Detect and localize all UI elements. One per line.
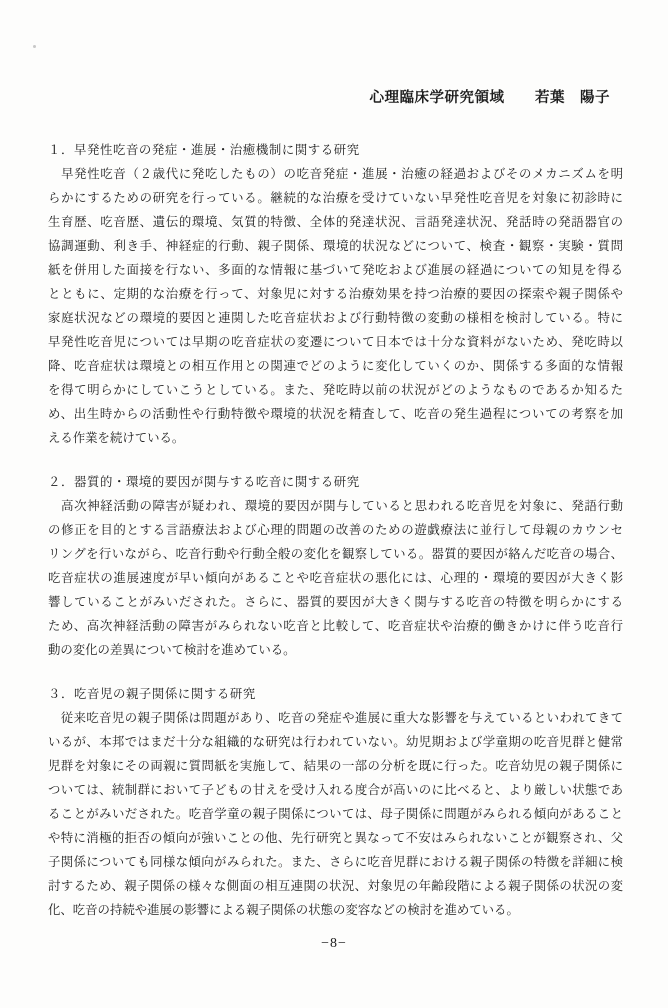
text-line: 吃音症状の進展速度が早い傾向があることや吃音症状の悪化には、心理的・環境的要因が… <box>48 566 623 590</box>
text-line: 家庭状況などの環境的要因と連関した吃音症状および行動特徴の変動の様相を検討してい… <box>48 306 623 330</box>
text-line: 化、吃音の持続や進展の影響による親子関係の状態の変容などの検討を進めている。 <box>48 898 623 922</box>
section-organic-environmental-factors: ２．器質的・環境的要因が関与する吃音に関する研究 高次神経活動の障害が疑われ、環… <box>48 470 623 662</box>
text-line: め、出生時からの活動性や行動特徴や環境的状況を精査して、吃音の発生過程についての… <box>48 402 623 426</box>
page-footer: −8− <box>0 936 668 952</box>
section-paragraph: 早発性吃音（２歳代に発吃したもの）の吃音発症・進展・治癒の経過およびそのメカニズ… <box>48 162 623 450</box>
author-name: 若葉 陽子 <box>535 90 610 106</box>
text-line: ることがみいだされた。吃音学童の親子関係については、母子関係に問題がみられる傾向… <box>48 802 623 826</box>
document-body: １．早発性吃音の発症・進展・治癒機制に関する研究 早発性吃音（２歳代に発吃したも… <box>48 138 623 922</box>
text-line: ため、高次神経活動の障害がみられない吃音と比較して、吃音症状や治療的働きかけに伴… <box>48 614 623 638</box>
text-line: 早発性吃音児については早期の吃音症状の変遷について日本では十分な資料がないため、… <box>48 330 623 354</box>
text-line: らかにするための研究を行っている。継続的な治療を受けていない早発性吃音児を対象に… <box>48 186 623 210</box>
section-paragraph: 従来吃音児の親子関係は問題があり、吃音の発症や進展に重大な影響を与えているといわ… <box>48 706 623 922</box>
text-line: 高次神経活動の障害が疑われ、環境的要因が関与していると思われる吃音児を対象に、発… <box>48 494 623 518</box>
text-line: 生育歴、吃音歴、遺伝的環境、気質的特徴、全体的発達状況、言語発達状況、発話時の発… <box>48 210 623 234</box>
text-line: 児群を対象にその両親に質問紙を実施して、結果の一部の分析を既に行った。吃音幼児の… <box>48 754 623 778</box>
text-line: ついては、統制群において子どもの甘えを受け入れる度合が高いのに比べると、より厳し… <box>48 778 623 802</box>
document-page: 心理臨床学研究領域 若葉 陽子 １．早発性吃音の発症・進展・治癒機制に関する研究… <box>0 0 668 1008</box>
text-line: を得て明らかにしていこうとしている。また、発吃時以前の状況がどのようなものである… <box>48 378 623 402</box>
text-line: いるが、本邦ではまだ十分な組織的な研究は行われていない。幼児期および学童期の吃音… <box>48 730 623 754</box>
text-line: 響していることがみいだされた。さらに、器質的要因が大きく関与する吃音の特徴を明ら… <box>48 590 623 614</box>
text-line: の修正を目的とする言語療法および心理的問題の改善のための遊戯療法に並行して母親の… <box>48 518 623 542</box>
text-line: える作業を続けている。 <box>48 426 623 450</box>
section-heading: １．早発性吃音の発症・進展・治癒機制に関する研究 <box>48 138 623 162</box>
text-line: や特に消極的拒否の傾向が強いことの他、先行研究と異なって不安はみられないことが観… <box>48 826 623 850</box>
page-number: −8− <box>321 936 347 951</box>
text-line: 紙を併用した面接を行ない、多面的な情報に基づいて発吃および進展の経過についての知… <box>48 258 623 282</box>
section-paragraph: 高次神経活動の障害が疑われ、環境的要因が関与していると思われる吃音児を対象に、発… <box>48 494 623 662</box>
text-line: 早発性吃音（２歳代に発吃したもの）の吃音発症・進展・治癒の経過およびそのメカニズ… <box>48 162 623 186</box>
text-line: 降、吃音症状は環境との相互作用との関連でどのように変化していくのか、関係する多面… <box>48 354 623 378</box>
text-line: とともに、定期的な治療を行って、対象児に対する治療効果を持つ治療的要因の探索や親… <box>48 282 623 306</box>
section-parent-child-relations: ３．吃音児の親子関係に関する研究 従来吃音児の親子関係は問題があり、吃音の発症や… <box>48 682 623 922</box>
section-heading: ２．器質的・環境的要因が関与する吃音に関する研究 <box>48 470 623 494</box>
research-area-label: 心理臨床学研究領域 <box>369 90 504 106</box>
section-early-onset-stuttering: １．早発性吃音の発症・進展・治癒機制に関する研究 早発性吃音（２歳代に発吃したも… <box>48 138 623 450</box>
document-header: 心理臨床学研究領域 若葉 陽子 <box>0 86 610 107</box>
section-heading: ３．吃音児の親子関係に関する研究 <box>48 682 623 706</box>
text-line: 協調運動、利き手、神経症的行動、親子関係、環境的状況などについて、検査・観察・実… <box>48 234 623 258</box>
text-line: 従来吃音児の親子関係は問題があり、吃音の発症や進展に重大な影響を与えているといわ… <box>48 706 623 730</box>
text-line: リングを行いながら、吃音行動や行動全般の変化を観察している。器質的要因が絡んだ吃… <box>48 542 623 566</box>
scan-speck <box>33 45 36 48</box>
text-line: 討するため、親子関係の様々な側面の相互連関の状況、対象児の年齢段階による親子関係… <box>48 874 623 898</box>
text-line: 動の変化の差異について検討を進めている。 <box>48 638 623 662</box>
text-line: 子関係についても同様な傾向がみられた。また、さらに吃音児群における親子関係の特徴… <box>48 850 623 874</box>
